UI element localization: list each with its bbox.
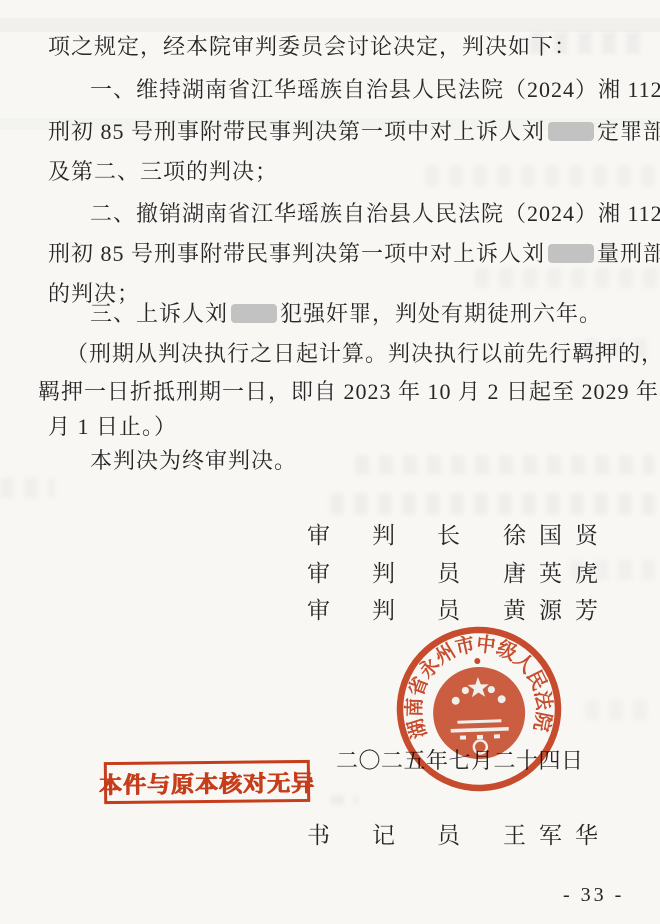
item3-post: 犯强奸罪，判处有期徒刑六年。 — [280, 301, 602, 326]
clerk-name: 王军华 — [503, 817, 611, 850]
judge-name: 唐英虎 — [503, 555, 611, 588]
bleedthrough-artifact — [330, 493, 655, 515]
redaction-block — [548, 122, 594, 141]
court-seal: 湖南省永州市中级人民法院 — [390, 620, 568, 798]
judge-row-2: 审判员 唐英虎 — [307, 555, 502, 585]
clerk-title: 书记员 — [307, 823, 502, 848]
bleedthrough-artifact — [475, 268, 660, 288]
body-line-note-2: 羁押一日折抵刑期一日，即自 2023 年 10 月 2 日起至 2029 年 1… — [38, 378, 660, 406]
body-line-item2-1: 二、撤销湖南省江华瑶族自治县人民法院（2024）湘 1129 — [90, 200, 660, 228]
bleedthrough-artifact — [585, 700, 655, 720]
judge-row-3: 审判员 黄源芳 — [307, 592, 502, 622]
judge-title: 审判长 — [307, 523, 502, 548]
redaction-block — [231, 304, 277, 323]
item2-2-post: 量刑部分 — [597, 241, 660, 266]
judge-row-1: 审判长 徐国贤 — [307, 517, 502, 547]
body-line-item1-1: 一、维持湖南省江华瑶族自治县人民法院（2024）湘 1129 — [90, 76, 660, 104]
verification-stamp: 本件与原本核对无异 — [104, 760, 310, 804]
bleedthrough-artifact — [355, 455, 655, 475]
scan-band — [0, 18, 660, 32]
bleedthrough-artifact — [330, 795, 358, 805]
item1-2-pre: 刑初 85 号刑事附带民事判决第一项中对上诉人刘 — [48, 119, 545, 144]
item1-2-post: 定罪部分 — [597, 119, 660, 144]
item3-pre: 三、上诉人刘 — [90, 301, 228, 326]
body-line-item1-3: 及第二、三项的判决； — [48, 158, 278, 186]
body-line-item1-2: 刑初 85 号刑事附带民事判决第一项中对上诉人刘定罪部分 — [48, 118, 660, 146]
clerk-row: 书记员 王军华 — [307, 817, 502, 847]
body-line-note-3: 月 1 日止。） — [48, 413, 177, 441]
national-emblem-icon — [431, 656, 526, 760]
judge-title: 审判员 — [307, 561, 502, 586]
body-line-item2-2: 刑初 85 号刑事附带民事判决第一项中对上诉人刘量刑部分 — [48, 240, 660, 268]
body-line-intro: 项之规定，经本院审判委员会讨论决定，判决如下： — [48, 33, 577, 61]
body-line-item3: 三、上诉人刘犯强奸罪，判处有期徒刑六年。 — [90, 300, 602, 328]
body-line-note-1: （刑期从判决执行之日起计算。判决执行以前先行羁押的， — [66, 340, 660, 368]
redaction-block — [548, 244, 594, 263]
body-line-final: 本判决为终审判决。 — [90, 447, 297, 475]
bleedthrough-artifact — [425, 165, 655, 187]
bleedthrough-artifact — [0, 478, 55, 498]
page-number: - 33 - — [563, 884, 624, 907]
judge-title: 审判员 — [307, 598, 502, 623]
judgment-page: 项之规定，经本院审判委员会讨论决定，判决如下： 一、维持湖南省江华瑶族自治县人民… — [0, 0, 660, 924]
judge-name: 徐国贤 — [503, 517, 611, 550]
item2-2-pre: 刑初 85 号刑事附带民事判决第一项中对上诉人刘 — [48, 241, 545, 266]
